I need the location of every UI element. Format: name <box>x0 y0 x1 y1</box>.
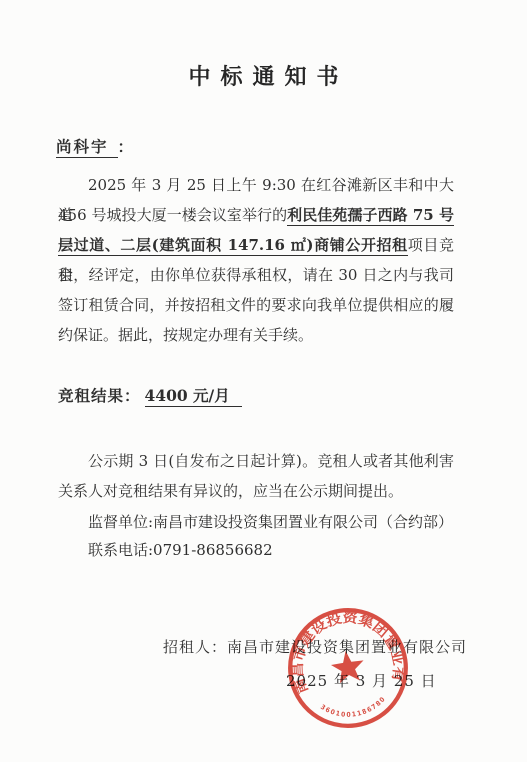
property-highlight: 层过道、二层(建筑面积 147.16 ㎡)商铺公开招租 <box>58 236 408 256</box>
recipient-colon: ： <box>118 137 134 156</box>
scanned-document-page: 中标通知书 尚科宇： 2025 年 3 月 25 日上午 9:30 在红谷滩新区… <box>0 0 527 762</box>
doc-title: 中标通知书 <box>0 60 527 91</box>
notice-text: 关系人对竞租结果有异议的，应当在公示期间提出。 <box>58 482 403 500</box>
notice-paragraph: 公示期 3 日(自发布之日起计算)。竞租人或者其他利害 关系人对竞租结果有异议的… <box>58 446 454 506</box>
result-value: 4400 元/月 <box>145 386 242 407</box>
body-line: 约保证。据此，按规定办理有关手续。 <box>58 320 454 350</box>
notice-line: 公示期 3 日(自发布之日起计算)。竞租人或者其他利害 <box>58 446 454 476</box>
recipient-line: 尚科宇： <box>56 136 133 158</box>
body-line: 层过道、二层(建筑面积 147.16 ㎡)商铺公开招租项目竞租 <box>58 230 454 260</box>
body-line: 会，经评定，由你单位获得承租权，请在 30 日之内与我司 <box>58 260 454 290</box>
body-text: 456 号城投大厦一楼会议室举行的 <box>58 206 287 224</box>
stamp-ring-text: 南昌市建设投资集团置业有限公司 <box>268 588 409 701</box>
body-text: 会，经评定，由你单位获得承租权，请在 30 日之内与我司 <box>58 266 454 284</box>
notice-text: 公示期 3 日(自发布之日起计算)。竞租人或者其他利害 <box>88 452 454 470</box>
stamp-star-icon <box>329 649 366 685</box>
result-line: 竞租结果：4400 元/月 <box>58 385 242 407</box>
body-line: 456 号城投大厦一楼会议室举行的利民佳苑孺子西路 75 号一 <box>58 200 454 230</box>
recipient-name: 尚科宇 <box>56 137 118 158</box>
official-stamp: 南昌市建设投资集团置业有限公司 3601001186780 <box>268 588 428 748</box>
body-text: 约保证。据此，按规定办理有关手续。 <box>58 326 313 344</box>
svg-text:南昌市建设投资集团置业有限公司: 南昌市建设投资集团置业有限公司 <box>268 588 409 701</box>
notice-line: 关系人对竞租结果有异议的，应当在公示期间提出。 <box>58 476 454 506</box>
body-text: 签订租赁合同，并按招租文件的要求向我单位提供相应的履 <box>58 296 454 314</box>
result-label: 竞租结果： <box>58 386 141 405</box>
phone-line: 联系电话:0791-86856682 <box>88 539 273 561</box>
supervisor-line: 监督单位:南昌市建设投资集团置业有限公司（合约部） <box>88 511 453 533</box>
body-line: 2025 年 3 月 25 日上午 9:30 在红谷滩新区丰和中大道 <box>58 170 454 200</box>
body-line: 签订租赁合同，并按招租文件的要求向我单位提供相应的履 <box>58 290 454 320</box>
body-paragraph: 2025 年 3 月 25 日上午 9:30 在红谷滩新区丰和中大道 456 号… <box>58 170 454 350</box>
